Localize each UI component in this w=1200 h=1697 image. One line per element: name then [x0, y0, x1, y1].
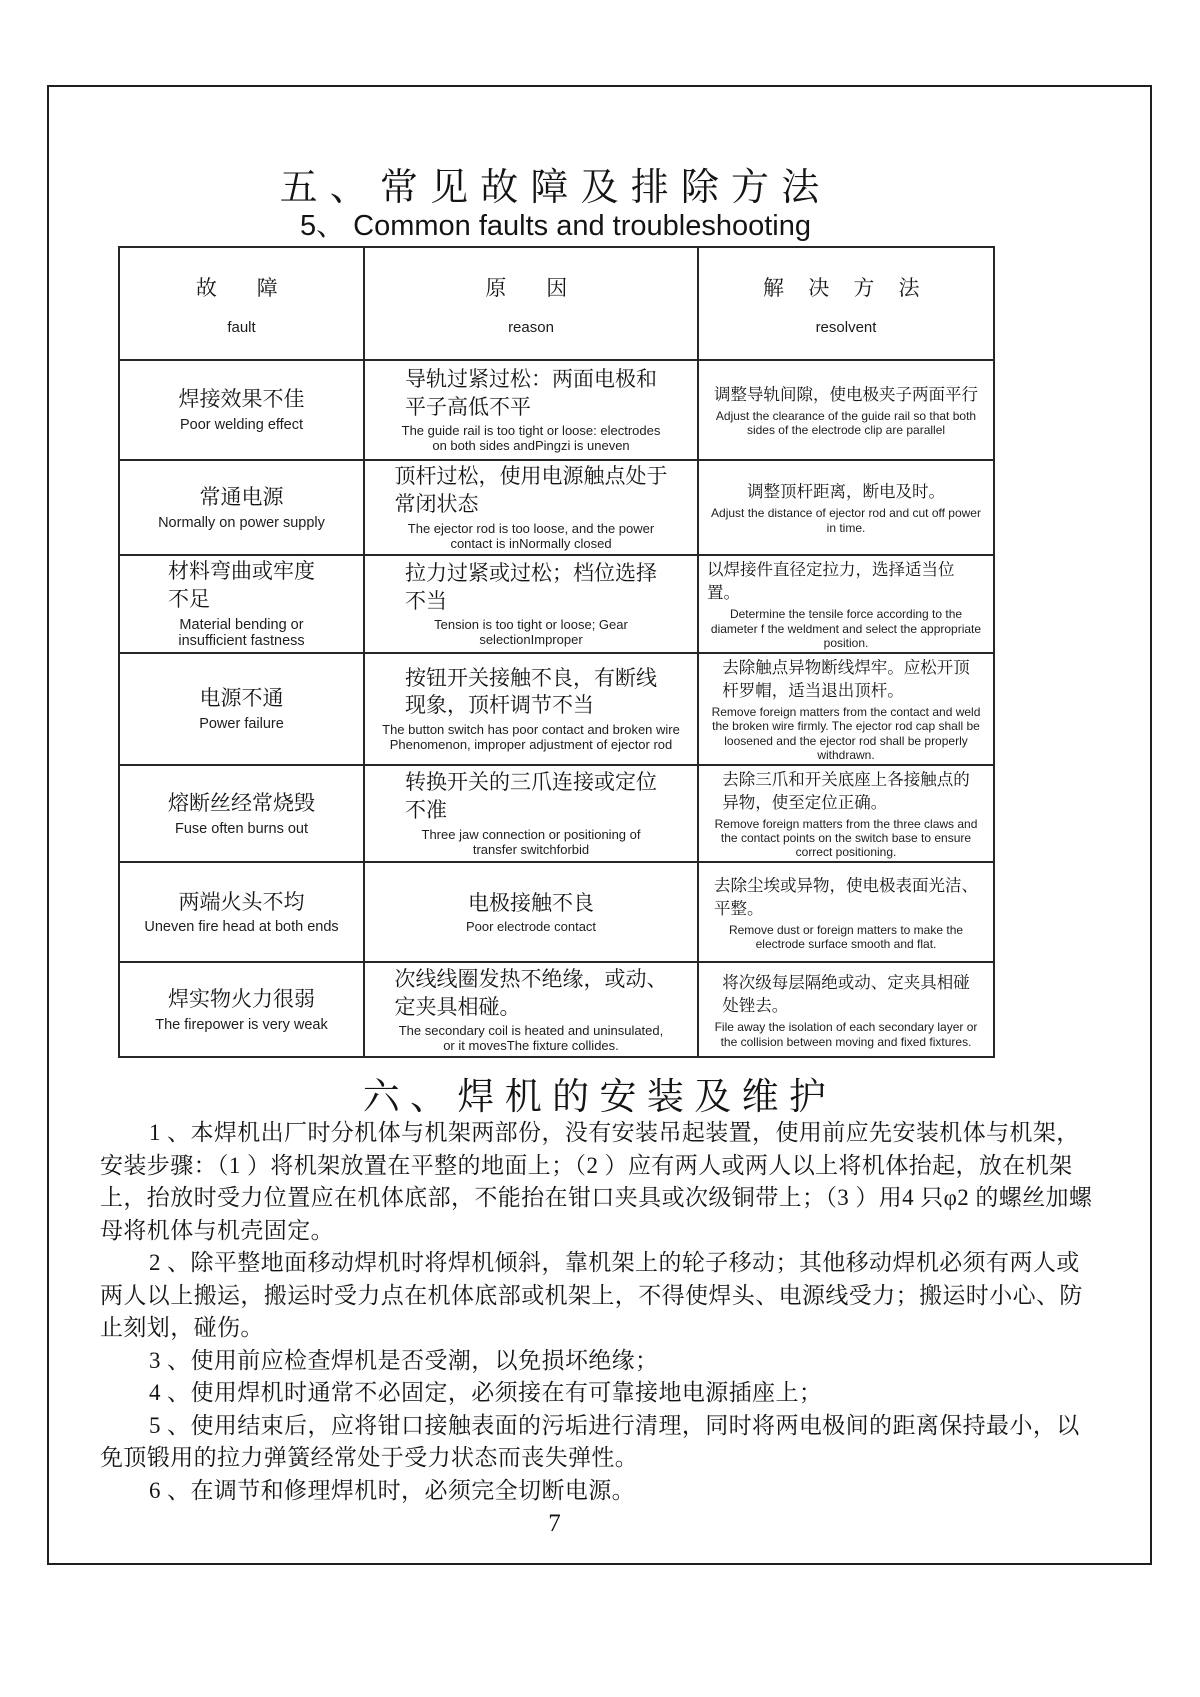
reason-zh: 拉力过紧或过松；档位选择 不当 — [405, 560, 657, 615]
fault-cell: 焊接效果不佳 Poor welding effect — [119, 360, 364, 460]
resolvent-zh: 将次级每层隔绝或动、定夹具相碰 处锉去。 — [722, 971, 970, 1017]
resolvent-cell: 调整导轨间隙，使电极夹子两面平行 Adjust the clearance of… — [698, 360, 994, 460]
fault-en: Uneven fire head at both ends — [128, 919, 355, 936]
resolvent-cell: 去除触点异物断线焊牢。应松开顶 杆罗帽，适当退出顶杆。 Remove forei… — [698, 653, 994, 765]
resolvent-zh: 去除触点异物断线焊牢。应松开顶 杆罗帽，适当退出顶杆。 — [722, 656, 970, 702]
reason-zh: 电极接触不良 — [468, 890, 594, 918]
table-row: 电源不通 Power failure 按钮开关接触不良，有断线 现象，顶杆调节不… — [119, 653, 994, 765]
fault-cell: 材料弯曲或牢度 不足 Material bending or insuffici… — [119, 555, 364, 653]
resolvent-cell: 调整顶杆距离，断电及时。 Adjust the distance of ejec… — [698, 460, 994, 555]
paragraph-4: 4 、使用焊机时通常不必固定，必须接在有可靠接地电源插座上； — [100, 1377, 1102, 1410]
reason-cell: 转换开关的三爪连接或定位 不准 Three jaw connection or … — [364, 765, 698, 863]
fault-zh: 电源不通 — [200, 685, 284, 713]
resolvent-en: Remove foreign matters from the contact … — [707, 705, 985, 762]
fault-en: Normally on power supply — [128, 515, 355, 532]
resolvent-zh: 去除尘埃或异物，使电极表面光洁、 平整。 — [714, 874, 978, 920]
resolvent-zh: 以焊接件直径定拉力，选择适当位置。 — [707, 558, 985, 604]
reason-cell: 顶杆过松，使用电源触点处于 常闭状态 The ejector rod is to… — [364, 460, 698, 555]
resolvent-cell: 去除三爪和开关底座上各接触点的 异物，使至定位正确。 Remove foreig… — [698, 765, 994, 863]
fault-cell: 电源不通 Power failure — [119, 653, 364, 765]
header-reason-zh: 原 因 — [485, 272, 576, 302]
fault-en: Power failure — [128, 716, 355, 733]
header-fault-en: fault — [227, 319, 255, 336]
fault-zh: 两端火头不均 — [179, 889, 305, 917]
faults-table: 故 障 fault 原 因 reason 解 决 方 法 resolvent — [118, 246, 995, 1058]
reason-en: The ejector rod is too loose, and the po… — [373, 522, 689, 552]
reason-cell: 电极接触不良 Poor electrode contact — [364, 862, 698, 962]
fault-en: Material bending or insufficient fastnes… — [128, 617, 355, 650]
resolvent-en: File away the isolation of each secondar… — [707, 1020, 985, 1048]
reason-en: Three jaw connection or positioning of t… — [373, 828, 689, 858]
header-fault: 故 障 fault — [119, 247, 364, 360]
fault-cell: 熔断丝经常烧毁 Fuse often burns out — [119, 765, 364, 863]
fault-cell: 焊实物火力很弱 The firepower is very weak — [119, 962, 364, 1057]
header-resolvent-en: resolvent — [816, 319, 877, 336]
header-reason: 原 因 reason — [364, 247, 698, 360]
reason-zh: 按钮开关接触不良，有断线 现象，顶杆调节不当 — [405, 665, 657, 720]
reason-zh: 转换开关的三爪连接或定位 不准 — [405, 769, 657, 824]
fault-zh: 焊接效果不佳 — [179, 386, 305, 414]
page-number: 7 — [47, 1510, 1062, 1538]
reason-cell: 拉力过紧或过松；档位选择 不当 Tension is too tight or … — [364, 555, 698, 653]
resolvent-en: Determine the tensile force according to… — [707, 607, 985, 649]
fault-en: The firepower is very weak — [128, 1017, 355, 1034]
section6-title-zh: 六、焊机的安装及维护 — [47, 1066, 1152, 1120]
resolvent-zh: 去除三爪和开关底座上各接触点的 异物，使至定位正确。 — [722, 768, 970, 814]
table-header-row: 故 障 fault 原 因 reason 解 决 方 法 resolvent — [119, 247, 994, 360]
table-row: 材料弯曲或牢度 不足 Material bending or insuffici… — [119, 555, 994, 653]
reason-en: The button switch has poor contact and b… — [373, 723, 689, 753]
resolvent-cell: 去除尘埃或异物，使电极表面光洁、 平整。 Remove dust or fore… — [698, 862, 994, 962]
paragraph-5: 5 、使用结束后，应将钳口接触表面的污垢进行清理，同时将两电极间的距离保持最小，… — [100, 1410, 1102, 1475]
resolvent-en: Adjust the distance of ejector rod and c… — [707, 506, 985, 534]
header-fault-zh: 故 障 — [196, 272, 287, 302]
reason-cell: 次线线圈发热不绝缘，或动、 定夹具相碰。 The secondary coil … — [364, 962, 698, 1057]
reason-en: The guide rail is too tight or loose: el… — [373, 424, 689, 454]
resolvent-cell: 以焊接件直径定拉力，选择适当位置。 Determine the tensile … — [698, 555, 994, 653]
reason-cell: 导轨过紧过松：两面电极和 平子高低不平 The guide rail is to… — [364, 360, 698, 460]
reason-zh: 导轨过紧过松：两面电极和 平子高低不平 — [405, 366, 657, 421]
fault-zh: 熔断丝经常烧毁 — [168, 790, 315, 818]
table-row: 焊接效果不佳 Poor welding effect 导轨过紧过松：两面电极和 … — [119, 360, 994, 460]
header-resolvent: 解 决 方 法 resolvent — [698, 247, 994, 360]
fault-cell: 两端火头不均 Uneven fire head at both ends — [119, 862, 364, 962]
table-row: 焊实物火力很弱 The firepower is very weak 次线线圈发… — [119, 962, 994, 1057]
reason-en: Tension is too tight or loose; Gear sele… — [373, 618, 689, 648]
paragraph-2: 2 、除平整地面移动焊机时将焊机倾斜，靠机架上的轮子移动；其他移动焊机必须有两人… — [100, 1247, 1102, 1345]
fault-en: Poor welding effect — [128, 417, 355, 434]
header-resolvent-zh: 解 决 方 法 — [763, 272, 929, 302]
resolvent-cell: 将次级每层隔绝或动、定夹具相碰 处锉去。 File away the isola… — [698, 962, 994, 1057]
resolvent-zh: 调整导轨间隙，使电极夹子两面平行 — [714, 383, 978, 406]
fault-cell: 常通电源 Normally on power supply — [119, 460, 364, 555]
resolvent-zh: 调整顶杆距离，断电及时。 — [747, 480, 945, 503]
table-row: 常通电源 Normally on power supply 顶杆过松，使用电源触… — [119, 460, 994, 555]
fault-zh: 材料弯曲或牢度 不足 — [168, 558, 315, 613]
paragraph-6: 6 、在调节和修理焊机时，必须完全切断电源。 — [100, 1475, 1102, 1508]
fault-zh: 焊实物火力很弱 — [168, 986, 315, 1014]
fault-en: Fuse often burns out — [128, 821, 355, 838]
resolvent-en: Remove dust or foreign matters to make t… — [707, 923, 985, 951]
table-row: 熔断丝经常烧毁 Fuse often burns out 转换开关的三爪连接或定… — [119, 765, 994, 863]
resolvent-en: Remove foreign matters from the three cl… — [707, 817, 985, 859]
fault-zh: 常通电源 — [200, 484, 284, 512]
section6-body: 1 、本焊机出厂时分机体与机架两部份，没有安装吊起装置，使用前应先安装机体与机架… — [100, 1117, 1102, 1507]
table-row: 两端火头不均 Uneven fire head at both ends 电极接… — [119, 862, 994, 962]
header-reason-en: reason — [508, 319, 554, 336]
paragraph-3: 3 、使用前应检查焊机是否受潮，以免损坏绝缘； — [100, 1345, 1102, 1378]
reason-en: The secondary coil is heated and uninsul… — [373, 1024, 689, 1054]
resolvent-en: Adjust the clearance of the guide rail s… — [707, 409, 985, 437]
reason-zh: 次线线圈发热不绝缘，或动、 定夹具相碰。 — [395, 966, 668, 1021]
paragraph-1: 1 、本焊机出厂时分机体与机架两部份，没有安装吊起装置，使用前应先安装机体与机架… — [100, 1117, 1102, 1247]
reason-en: Poor electrode contact — [373, 920, 689, 935]
section5-title-en: 5、 Common faults and troubleshooting — [88, 203, 1023, 244]
reason-zh: 顶杆过松，使用电源触点处于 常闭状态 — [395, 463, 668, 518]
reason-cell: 按钮开关接触不良，有断线 现象，顶杆调节不当 The button switch… — [364, 653, 698, 765]
